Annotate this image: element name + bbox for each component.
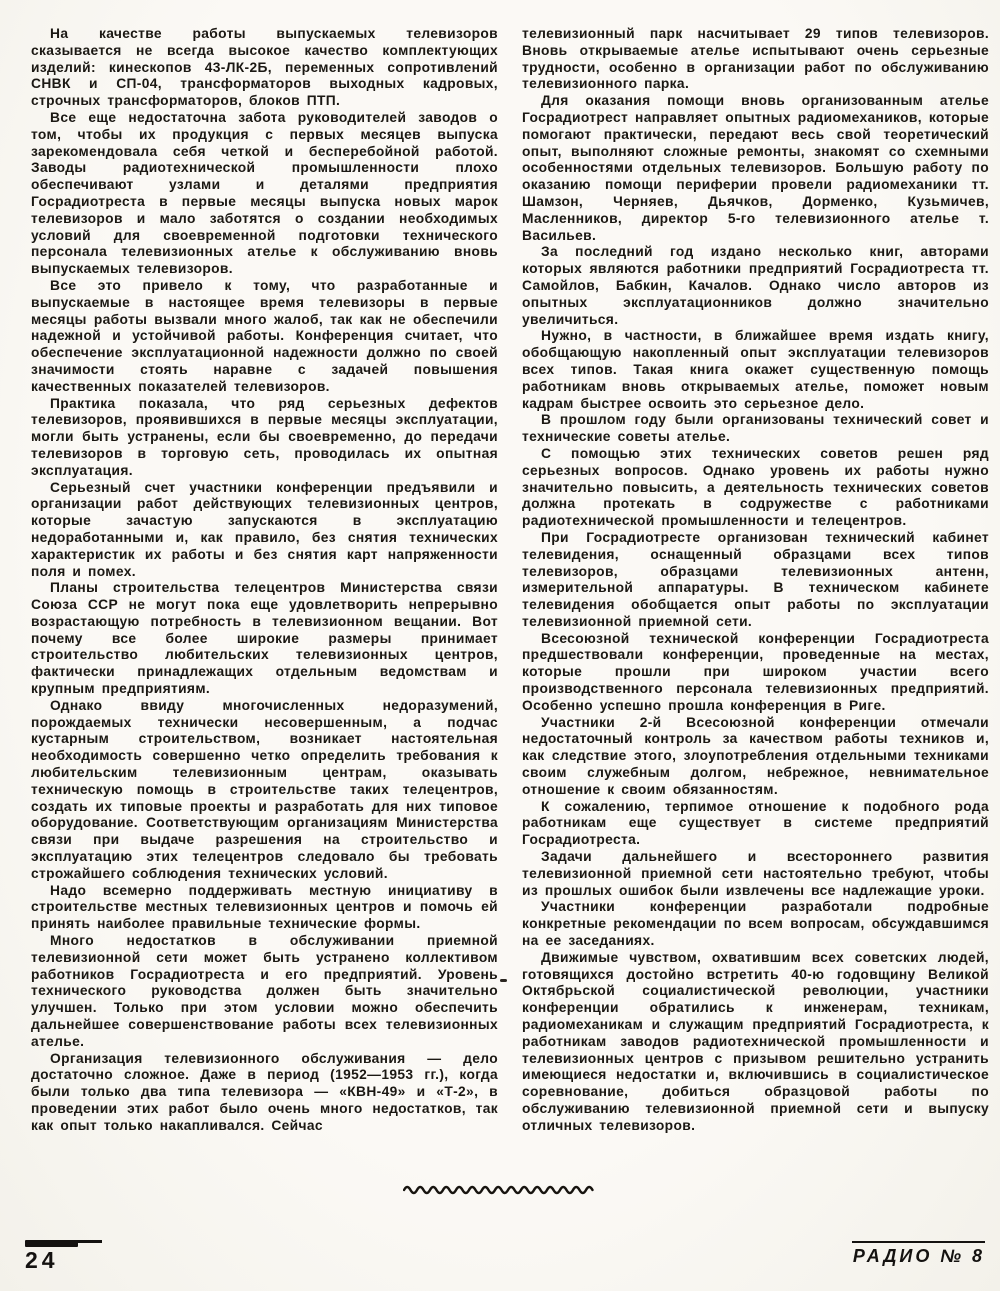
paragraph: Участники 2-й Всесоюзной конференции отм… xyxy=(522,715,989,799)
paragraph-continuation: телевизионный парк насчитывает 29 типов … xyxy=(522,26,989,93)
paragraph: Много недостатков в обслуживании приемно… xyxy=(31,933,498,1051)
paragraph: Нужно, в частности, в ближайшее время из… xyxy=(522,328,989,412)
paragraph: Планы строительства телецентров Министер… xyxy=(31,580,498,698)
paragraph: Участники конференции разработали подроб… xyxy=(522,899,989,949)
paragraph: Для оказания помощи вновь организованным… xyxy=(522,93,989,244)
paragraph: Всесоюзной технической конференции Госра… xyxy=(522,631,989,715)
paragraph: За последний год издано несколько книг, … xyxy=(522,244,989,328)
paragraph: Движимые чувством, охватившим всех совет… xyxy=(522,950,989,1135)
paragraph: Все это привело к тому, что разработанны… xyxy=(31,278,498,396)
paragraph: В прошлом году были организованы техниче… xyxy=(522,412,989,446)
paragraph: При Госрадиотресте организован техническ… xyxy=(522,530,989,631)
print-artifact-dot xyxy=(500,979,507,982)
paragraph: С помощью этих технических советов решен… xyxy=(522,446,989,530)
right-column: телевизионный парк насчитывает 29 типов … xyxy=(522,26,989,1135)
page-number: 24 xyxy=(25,1248,78,1272)
paragraph: К сожалению, терпимое отношение к подобн… xyxy=(522,799,989,849)
journal-reference: РАДИО № 8 xyxy=(853,1246,985,1267)
paragraph: Надо всемерно поддерживать местную иници… xyxy=(31,883,498,933)
footer-journal-block: РАДИО № 8 xyxy=(852,1241,985,1267)
text-columns: На качестве работы выпускаемых телевизор… xyxy=(31,26,989,1135)
magazine-page: На качестве работы выпускаемых телевизор… xyxy=(0,0,1000,1291)
paragraph: Все еще недостаточна забота руководителе… xyxy=(31,110,498,278)
paragraph: Однако ввиду многочисленных недоразумени… xyxy=(31,698,498,883)
journal-rule xyxy=(852,1241,985,1243)
paragraph: Серьезный счет участники конференции пре… xyxy=(31,480,498,581)
paragraph: Организация телевизионного обслуживания … xyxy=(31,1051,498,1135)
paragraph: Задачи дальнейшего и всестороннего разви… xyxy=(522,849,989,899)
page-number-rule xyxy=(25,1240,78,1247)
footer-page-number-block: 24 xyxy=(25,1240,78,1272)
left-column: На качестве работы выпускаемых телевизор… xyxy=(31,26,498,1135)
paragraph: Практика показала, что ряд серьезных деф… xyxy=(31,396,498,480)
paragraph: На качестве работы выпускаемых телевизор… xyxy=(31,26,498,110)
wavy-divider-icon xyxy=(403,1182,597,1196)
